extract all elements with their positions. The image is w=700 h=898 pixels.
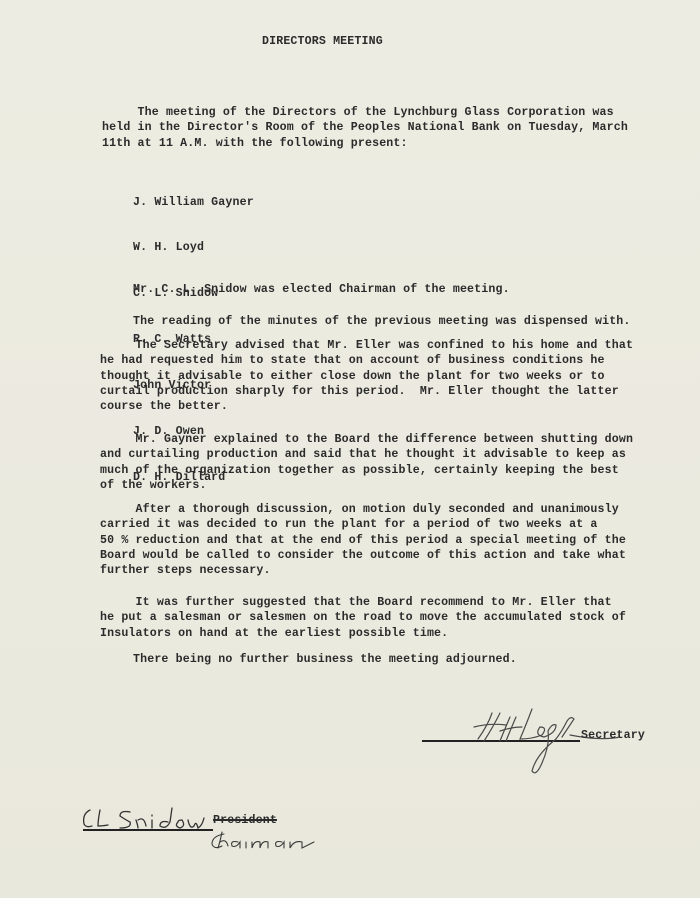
motion-paragraph: After a thorough discussion, on motion d… [100, 502, 626, 578]
minutes-paragraph: The reading of the minutes of the previo… [133, 314, 631, 329]
adjourn-paragraph: There being no further business the meet… [133, 652, 517, 667]
secretary-signature [470, 705, 620, 785]
president-signature [80, 806, 220, 836]
secretary-paragraph: The Secretary advised that Mr. Eller was… [100, 338, 633, 414]
gayner-paragraph: Mr. Gayner explained to the Board the di… [100, 432, 633, 493]
secretary-label: Secretary [581, 728, 645, 743]
document-title: DIRECTORS MEETING [262, 34, 383, 49]
chairman-handwritten [210, 830, 320, 854]
attendee: W. H. Loyd [133, 240, 254, 255]
attendee: J. William Gayner [133, 195, 254, 210]
document-page: DIRECTORS MEETING The meeting of the Dir… [0, 0, 700, 898]
chairman-paragraph: Mr. C. L. Snidow was elected Chairman of… [133, 282, 510, 297]
opening-paragraph: The meeting of the Directors of the Lync… [102, 105, 628, 151]
suggestion-paragraph: It was further suggested that the Board … [100, 595, 626, 641]
president-label-struck: President [213, 813, 277, 828]
